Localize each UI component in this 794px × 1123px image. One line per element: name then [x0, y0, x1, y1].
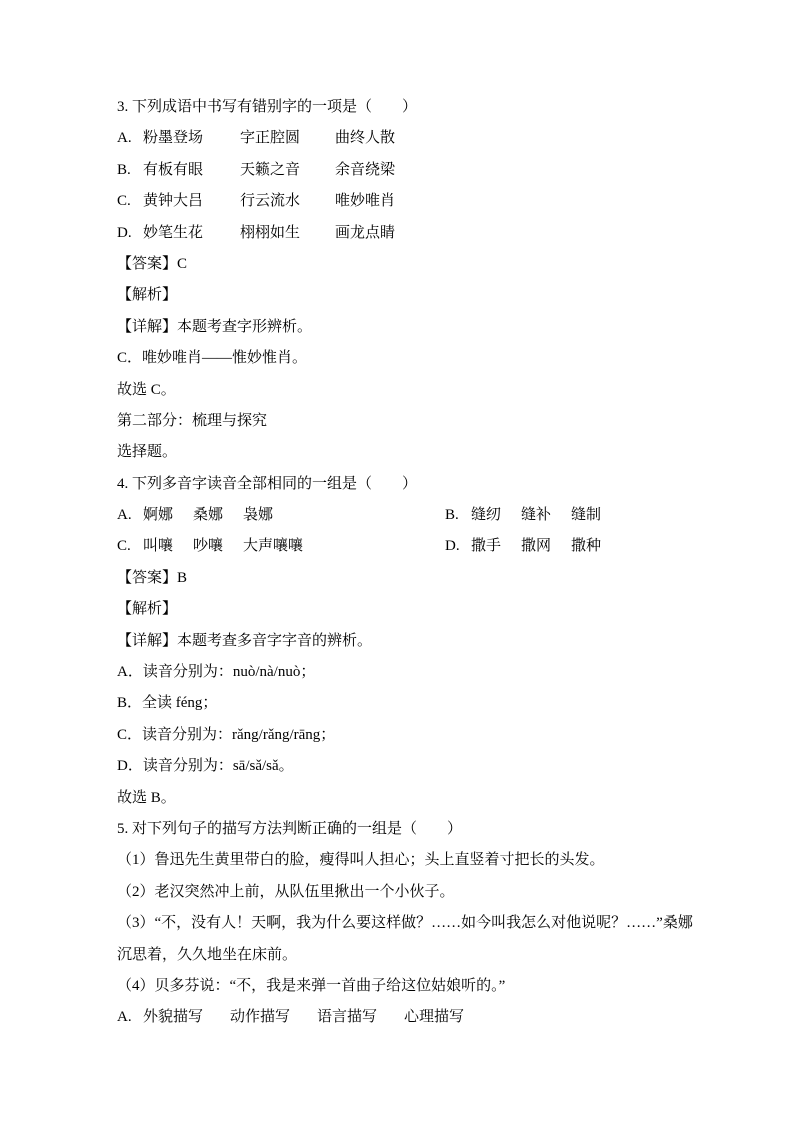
- q4-detail: 【详解】本题考查多音字字音的辨析。: [117, 626, 737, 657]
- q3-option-row-a: A.粉墨登场字正腔圆曲终人散: [117, 123, 737, 154]
- q3-option-d-label: D.: [117, 218, 143, 249]
- q3-option-a-idiom-2: 字正腔圆: [240, 123, 335, 154]
- q3-option-a-idiom-1: 粉墨登场: [143, 130, 203, 146]
- q4-option-d-word-2: 撒网: [521, 538, 551, 554]
- q3-option-b-idiom-2: 天籁之音: [240, 155, 335, 186]
- q3-option-c-idiom-1: 黄钟大吕: [143, 193, 203, 209]
- q3-stem: 3. 下列成语中书写有错别字的一项是（ ）: [117, 92, 737, 123]
- q4-analysis-label: 【解析】: [117, 594, 737, 625]
- q5-item-2: （2）老汉突然冲上前，从队伍里揪出一个小伙子。: [117, 877, 737, 908]
- q4-option-b-word-3: 缝制: [571, 507, 601, 523]
- q4-detail-item-c: C．读音分别为：rǎng/rǎng/rāng；: [117, 720, 737, 751]
- q5-item-1: （1）鲁迅先生黄里带白的脸，瘦得叫人担心；头上直竖着寸把长的头发。: [117, 845, 737, 876]
- q4-answer-line: 【答案】B: [117, 563, 737, 594]
- q3-option-a-idiom-3: 曲终人散: [335, 130, 395, 146]
- q4-option-c-word-1: 叫嚷: [143, 538, 173, 554]
- q4-option-d-word-1: 撒手: [471, 538, 501, 554]
- document-content: 3. 下列成语中书写有错别字的一项是（ ） A.粉墨登场字正腔圆曲终人散 B.有…: [117, 92, 737, 1034]
- q5-option-a-phrase-2: 动作描写: [230, 1009, 290, 1025]
- q4-option-b-label: B.: [445, 500, 471, 531]
- q4-option-c-word-2: 吵嚷: [193, 538, 223, 554]
- q5-option-a-phrase-3: 语言描写: [317, 1009, 377, 1025]
- q4-option-row-cd: C.叫嚷吵嚷大声嚷嚷D.撒手撒网撒种: [117, 531, 737, 562]
- q5-option-row-a: A.外貌描写动作描写语言描写心理描写: [117, 1002, 737, 1033]
- q4-option-b-word-1: 缝纫: [471, 507, 501, 523]
- q4-answer-value: B: [177, 570, 187, 586]
- q4-answer-label: 【答案】: [117, 570, 177, 586]
- q4-option-d-label: D.: [445, 531, 471, 562]
- q3-option-c-idiom-3: 唯妙唯肖: [335, 193, 395, 209]
- q5-option-a-phrase-4: 心理描写: [404, 1009, 464, 1025]
- q4-option-b-word-2: 缝补: [521, 507, 551, 523]
- q3-option-row-c: C.黄钟大吕行云流水唯妙唯肖: [117, 186, 737, 217]
- q3-option-row-b: B.有板有眼天籁之音余音绕梁: [117, 155, 737, 186]
- q5-item-3-line-2: 沉思着，久久地坐在床前。: [117, 940, 737, 971]
- q3-option-b-label: B.: [117, 155, 143, 186]
- q4-stem: 4. 下列多音字读音全部相同的一组是（ ）: [117, 469, 737, 500]
- section2-title: 第二部分：梳理与探究: [117, 406, 737, 437]
- q3-answer-label: 【答案】: [117, 256, 177, 272]
- q3-conclusion: 故选 C。: [117, 375, 737, 406]
- q5-option-a-phrase-1: 外貌描写: [143, 1009, 203, 1025]
- q5-option-a-label: A.: [117, 1002, 143, 1033]
- q5-stem: 5. 对下列句子的描写方法判断正确的一组是（ ）: [117, 814, 737, 845]
- q4-option-c-word-3: 大声嚷嚷: [243, 538, 303, 554]
- q4-option-a-word-2: 桑娜: [193, 507, 223, 523]
- q3-option-b-idiom-1: 有板有眼: [143, 162, 203, 178]
- q4-option-a-word-1: 婀娜: [143, 507, 173, 523]
- q3-detail: 【详解】本题考查字形辨析。: [117, 312, 737, 343]
- q3-answer-value: C: [177, 256, 187, 272]
- q3-option-b-idiom-3: 余音绕梁: [335, 162, 395, 178]
- q4-option-c-label: C.: [117, 531, 143, 562]
- document-page: 3. 下列成语中书写有错别字的一项是（ ） A.粉墨登场字正腔圆曲终人散 B.有…: [0, 0, 794, 1123]
- q4-option-a-label: A.: [117, 500, 143, 531]
- section2-subtitle: 选择题。: [117, 437, 737, 468]
- q4-option-row-ab: A.婀娜桑娜袅娜B.缝纫缝补缝制: [117, 500, 737, 531]
- q4-detail-item-b: B．全读 féng；: [117, 688, 737, 719]
- q3-option-d-idiom-3: 画龙点睛: [335, 225, 395, 241]
- q5-item-4: （4）贝多芬说：“不，我是来弹一首曲子给这位姑娘听的。”: [117, 971, 737, 1002]
- q3-option-row-d: D.妙笔生花栩栩如生画龙点睛: [117, 218, 737, 249]
- q3-option-d-idiom-2: 栩栩如生: [240, 218, 335, 249]
- q3-analysis-label: 【解析】: [117, 280, 737, 311]
- q3-option-c-label: C.: [117, 186, 143, 217]
- q3-detail-note: C．唯妙唯肖——惟妙惟肖。: [117, 343, 737, 374]
- q4-conclusion: 故选 B。: [117, 783, 737, 814]
- q3-option-c-idiom-2: 行云流水: [240, 186, 335, 217]
- q4-detail-item-d: D．读音分别为：sā/sǎ/sǎ。: [117, 751, 737, 782]
- q3-answer-line: 【答案】C: [117, 249, 737, 280]
- q4-option-a-word-3: 袅娜: [243, 507, 273, 523]
- q4-option-d-word-3: 撒种: [571, 538, 601, 554]
- q3-option-a-label: A.: [117, 123, 143, 154]
- q5-item-3-line-1: （3）“不，没有人！天啊，我为什么要这样做？……如今叫我怎么对他说呢？……”桑娜: [117, 908, 737, 939]
- q4-detail-item-a: A．读音分别为：nuò/nà/nuò；: [117, 657, 737, 688]
- q3-option-d-idiom-1: 妙笔生花: [143, 225, 203, 241]
